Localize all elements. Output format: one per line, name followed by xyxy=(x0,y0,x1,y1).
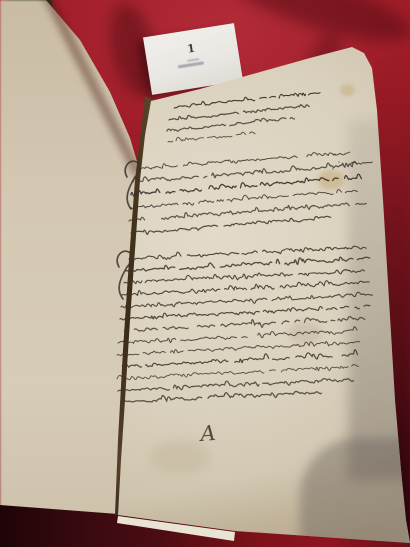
ink-layer: A xyxy=(0,0,410,547)
photo-manuscript-book: 1 A xyxy=(0,0,410,547)
signature-mark: A xyxy=(198,421,217,446)
